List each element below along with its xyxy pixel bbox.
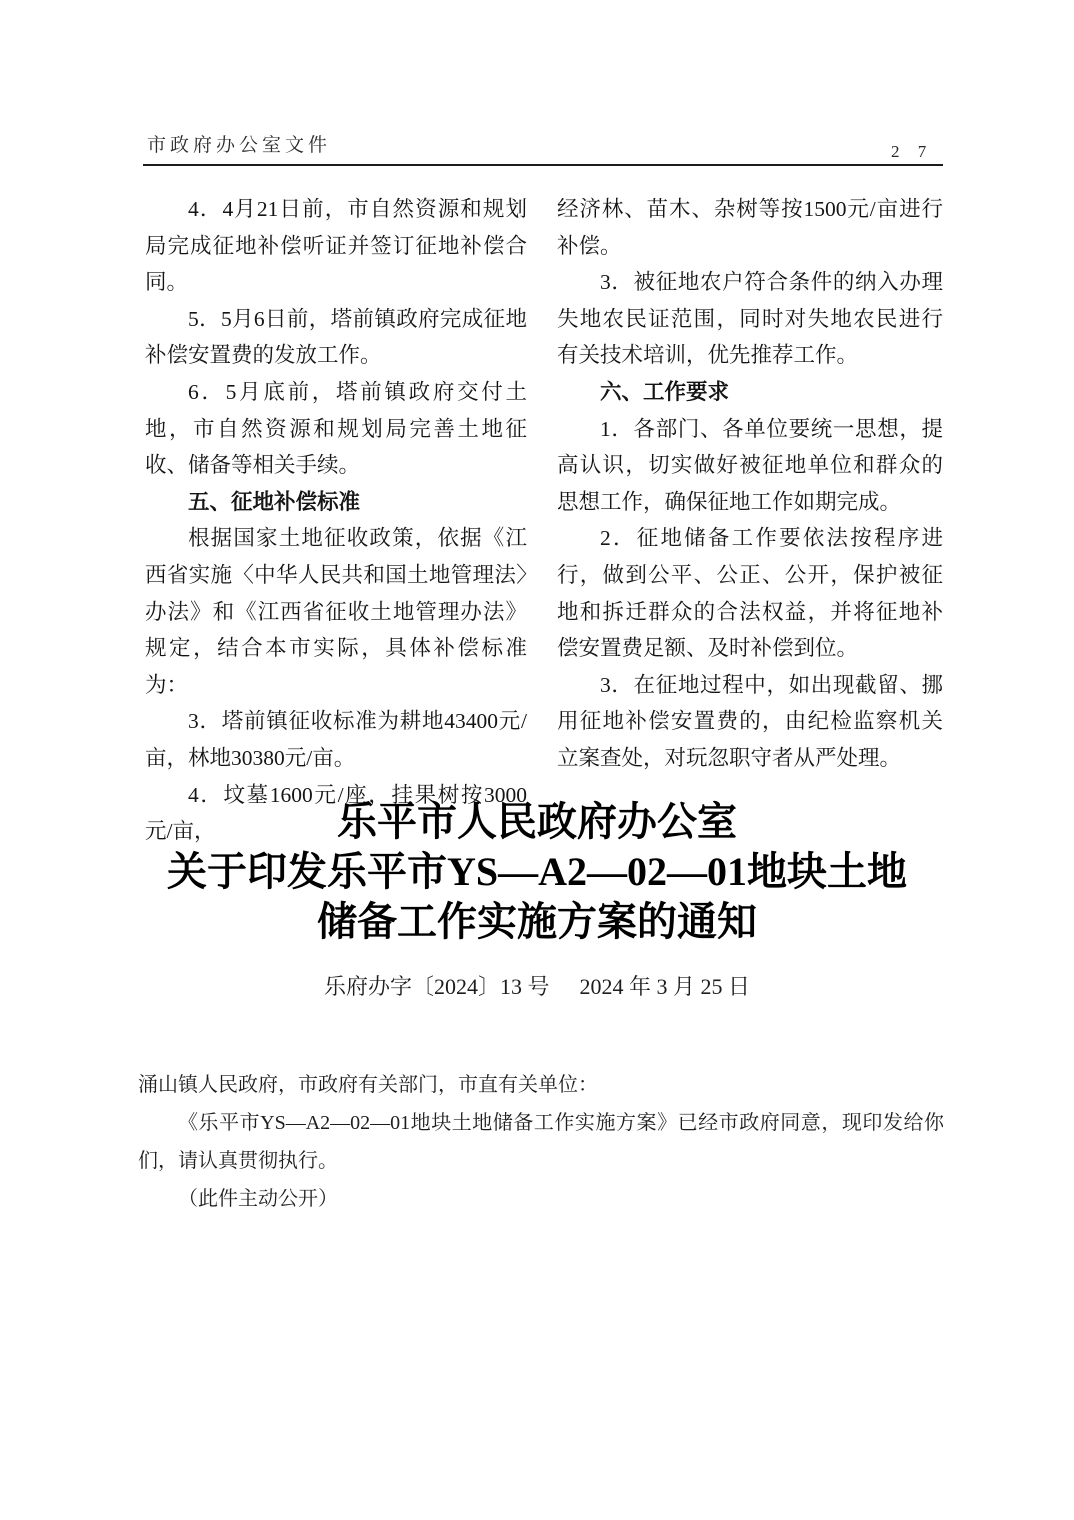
paragraph: 4．4月21日前，市自然资源和规划局完成征地补偿听证并签订征地补偿合同。 (145, 191, 527, 301)
notice-title-line-3: 储备工作实施方案的通知 (87, 897, 987, 947)
letter-public-note: （此件主动公开） (138, 1180, 944, 1218)
paragraph-continued: 经济林、苗木、杂树等按1500元/亩进行补偿。 (557, 191, 943, 264)
document-page: 市政府办公室文件 2 7 4．4月21日前，市自然资源和规划局完成征地补偿听证并… (0, 0, 1074, 1520)
doc-number-line: 乐府办字〔2024〕13 号2024 年 3 月 25 日 (87, 970, 987, 1001)
body-column-right: 经济林、苗木、杂树等按1500元/亩进行补偿。 3．被征地农户符合条件的纳入办理… (557, 191, 943, 777)
notice-title: 乐平市人民政府办公室 关于印发乐平市YS—A2—02—01地块土地 储备工作实施… (87, 797, 987, 947)
body-column-left: 4．4月21日前，市自然资源和规划局完成征地补偿听证并签订征地补偿合同。 5．5… (145, 191, 527, 850)
section-heading-6: 六、工作要求 (557, 374, 943, 411)
paragraph: 5．5月6日前，塔前镇政府完成征地补偿安置费的发放工作。 (145, 301, 527, 374)
paragraph: 3．塔前镇征收标准为耕地43400元/亩，林地30380元/亩。 (145, 703, 527, 776)
paragraph: 1．各部门、各单位要统一思想，提高认识，切实做好被征地单位和群众的思想工作，确保… (557, 411, 943, 521)
header-rule (143, 164, 943, 166)
notice-title-line-2: 关于印发乐平市YS—A2—02—01地块土地 (87, 847, 987, 897)
paragraph: 6．5月底前，塔前镇政府交付土地，市自然资源和规划局完善土地征收、储备等相关手续… (145, 374, 527, 484)
paragraph: 根据国家土地征收政策，依据《江西省实施〈中华人民共和国土地管理法〉办法》和《江西… (145, 520, 527, 703)
notice-title-line-1: 乐平市人民政府办公室 (87, 797, 987, 847)
paragraph: 3．被征地农户符合条件的纳入办理失地农民证范围，同时对失地农民进行有关技术培训，… (557, 264, 943, 374)
section-heading-5: 五、征地补偿标准 (145, 484, 527, 521)
letter-body: 《乐平市YS—A2—02—01地块土地储备工作实施方案》已经市政府同意，现印发给… (138, 1104, 944, 1180)
header-doc-type-label: 市政府办公室文件 (147, 130, 331, 157)
page-number: 2 7 (891, 142, 933, 162)
paragraph: 3．在征地过程中，如出现截留、挪用征地补偿安置费的，由纪检监察机关立案查处，对玩… (557, 667, 943, 777)
paragraph: 2．征地储备工作要依法按程序进行，做到公平、公正、公开，保护被征地和拆迁群众的合… (557, 520, 943, 666)
letter-block: 涌山镇人民政府，市政府有关部门，市直有关单位： 《乐平市YS—A2—02—01地… (138, 1066, 944, 1218)
doc-date: 2024 年 3 月 25 日 (580, 974, 751, 999)
doc-number: 乐府办字〔2024〕13 号 (324, 974, 550, 999)
letter-salutation: 涌山镇人民政府，市政府有关部门，市直有关单位： (138, 1066, 944, 1104)
